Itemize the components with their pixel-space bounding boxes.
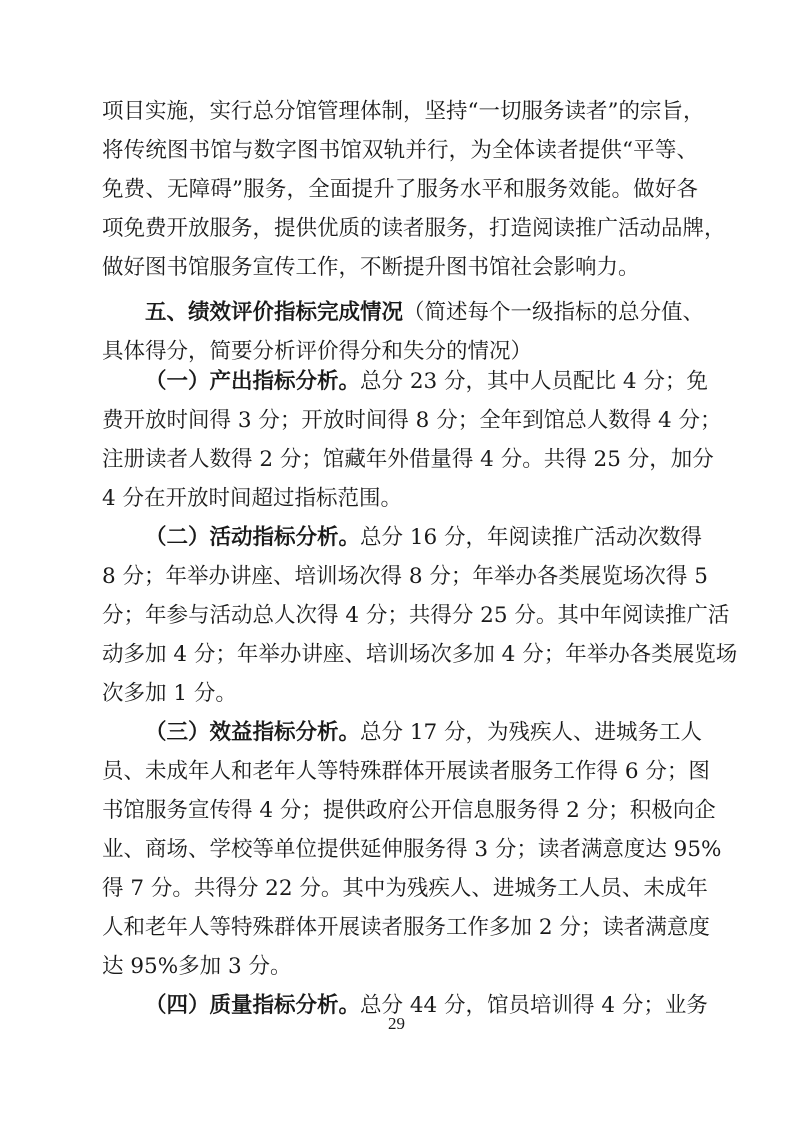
text-line: 得 7 分。共得分 22 分。其中为残疾人、进城务工人员、未成年 [102,874,698,904]
subsection-heading: （一）产出指标分析。 [145,369,360,394]
text-line: 业、商场、学校等单位提供延伸服务得 3 分；读者满意度达 95% [102,835,698,865]
subsection-line: （一）产出指标分析。总分 23 分，其中人员配比 4 分；免 [145,367,698,397]
text-line: 4 分在开放时间超过指标范围。 [102,484,698,514]
text-line: 注册读者人数得 2 分；馆藏年外借量得 4 分。共得 25 分，加分 [102,445,698,475]
subsection-heading: （三）效益指标分析。 [145,720,360,745]
text-line: 8 分；年举办讲座、培训场次得 8 分；年举办各类展览场次得 5 [102,562,698,592]
text-line: 免费、无障碍”服务，全面提升了服务水平和服务效能。做好各 [102,175,698,205]
section-heading-note: （简述每个一级指标的总分值、 [403,300,704,325]
text-line: 做好图书馆服务宣传工作，不断提升图书馆社会影响力。 [102,253,698,283]
subsection-heading: （四）质量指标分析。 [145,993,360,1018]
text-line: 项免费开放服务，提供优质的读者服务，打造阅读推广活动品牌， [102,214,698,244]
text-line: 动多加 4 分；年举办讲座、培训场次多加 4 分；年举办各类展览场 [102,640,698,670]
section-heading-line: 五、绩效评价指标完成情况（简述每个一级指标的总分值、 [145,298,698,328]
text-line: 书馆服务宣传得 4 分；提供政府公开信息服务得 2 分；积极向企 [102,796,698,826]
subsection-text: 总分 44 分，馆员培训得 4 分；业务 [360,993,708,1018]
subsection-heading: （二）活动指标分析。 [145,525,360,550]
text-line: 人和老年人等特殊群体开展读者服务工作多加 2 分；读者满意度 [102,913,698,943]
text-line: 达 95%多加 3 分。 [102,952,698,982]
text-line: 费开放时间得 3 分；开放时间得 8 分；全年到馆总人数得 4 分； [102,406,698,436]
text-line: 次多加 1 分。 [102,679,698,709]
subsection-line: （二）活动指标分析。总分 16 分，年阅读推广活动次数得 [145,523,698,553]
text-line: 员、未成年人和老年人等特殊群体开展读者服务工作得 6 分；图 [102,757,698,787]
text-line: 将传统图书馆与数字图书馆双轨并行，为全体读者提供“平等、 [102,136,698,166]
subsection-text: 总分 23 分，其中人员配比 4 分；免 [360,369,708,394]
subsection-text: 总分 17 分，为残疾人、进城务工人 [360,720,702,745]
subsection-line: （三）效益指标分析。总分 17 分，为残疾人、进城务工人 [145,718,698,748]
subsection-line: （四）质量指标分析。总分 44 分，馆员培训得 4 分；业务 [145,991,698,1021]
section-heading: 五、绩效评价指标完成情况 [145,300,403,325]
text-line: 项目实施，实行总分馆管理体制，坚持“一切服务读者”的宗旨， [102,97,698,127]
document-page: 项目实施，实行总分馆管理体制，坚持“一切服务读者”的宗旨， 将传统图书馆与数字图… [0,0,793,1122]
text-line: 分；年参与活动总人次得 4 分；共得分 25 分。其中年阅读推广活 [102,601,698,631]
subsection-text: 总分 16 分，年阅读推广活动次数得 [360,525,702,550]
text-line: 具体得分，简要分析评价得分和失分的情况） [102,337,698,367]
